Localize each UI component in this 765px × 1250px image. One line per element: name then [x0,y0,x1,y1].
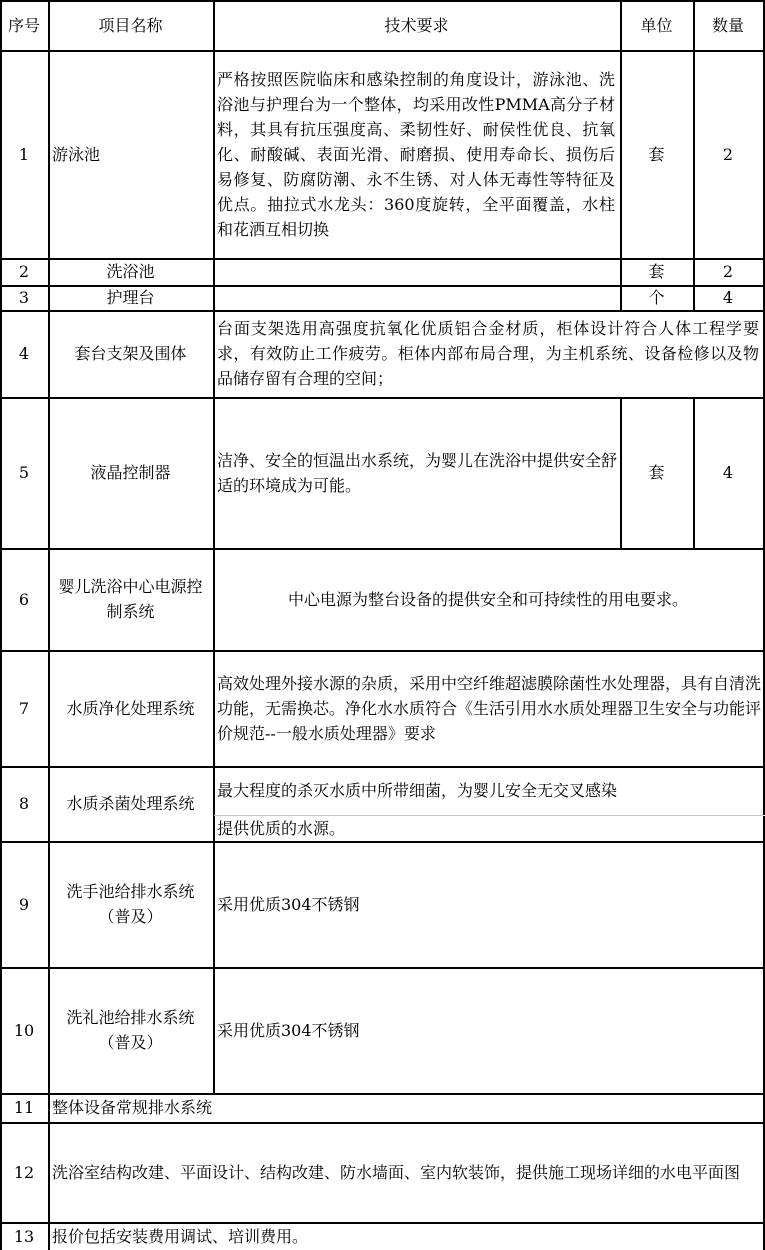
row-1-quantity: 2 [693,50,765,260]
row-2-requirement [213,258,622,287]
row-4-requirement: 台面支架选用高强度抗氧化优质铝合金材质，柜体设计符合人体工程学要求，有效防止工作… [213,310,765,399]
row-3-requirement [213,285,622,312]
row-5-requirement: 洁净、安全的恒温出水系统，为婴儿在洗浴中提供安全舒适的环境成为可能。 [213,397,622,550]
row-4-name: 套台支架及围体 [48,310,215,399]
row-5-quantity: 4 [693,397,765,550]
row-12-index: 12 [0,1122,50,1224]
row-4-requirement-text: 台面支架选用高强度抗氧化优质铝合金材质，柜体设计符合人体工程学要求，有效防止工作… [217,316,759,391]
row-1-requirement-text: 严格按照医院临床和感染控制的角度设计，游泳池、洗浴池与护理台为一个整体，均采用改… [217,67,615,242]
row-3-index: 3 [0,285,50,312]
row-6-index: 6 [0,548,50,652]
row-5-unit: 套 [620,397,695,550]
row-7-index: 7 [0,650,50,768]
row-1-requirement: 严格按照医院临床和感染控制的角度设计，游泳池、洗浴池与护理台为一个整体，均采用改… [213,50,622,260]
row-10-name-text: 洗礼池给排水系统（普及） [56,1005,206,1055]
row-5-requirement-text: 洁净、安全的恒温出水系统，为婴儿在洗浴中提供安全舒适的环境成为可能。 [217,448,617,498]
row-8-requirement-line2: 提供优质的水源。 [213,816,765,843]
row-10-requirement: 采用优质304不锈钢 [213,967,765,1095]
row-5-name: 液晶控制器 [48,397,215,550]
header-unit: 单位 [620,0,695,52]
row-4-index: 4 [0,310,50,399]
row-11-content: 整体设备常规排水系统 [48,1093,765,1124]
row-7-requirement: 高效处理外接水源的杂质，采用中空纤维超滤膜除菌性水处理器，具有自清洗功能，无需换… [213,650,765,768]
row-13-index: 13 [0,1222,50,1250]
row-2-name: 洗浴池 [48,258,215,287]
row-6-requirement: 中心电源为整台设备的提供安全和可持续性的用电要求。 [213,548,765,652]
row-8-name: 水质杀菌处理系统 [48,766,215,843]
header-quantity: 数量 [693,0,765,52]
row-7-requirement-text: 高效处理外接水源的杂质，采用中空纤维超滤膜除菌性水处理器，具有自清洗功能，无需换… [217,671,761,746]
row-3-quantity: 4 [693,285,765,312]
row-9-name-text: 洗手池给排水系统（普及） [56,879,206,929]
row-3-name: 护理台 [48,285,215,312]
row-13-content: 报价包括安装费用调试、培训费用。 [48,1222,765,1250]
row-1-index: 1 [0,50,50,260]
row-1-unit: 套 [620,50,695,260]
row-2-index: 2 [0,258,50,287]
row-2-unit: 套 [620,258,695,287]
row-8-requirement-line1: 最大程度的杀灭水质中所带细菌，为婴儿安全无交叉感染 [213,766,765,815]
row-6-name-text: 婴儿洗浴中心电源控制系统 [56,574,206,624]
row-10-name: 洗礼池给排水系统（普及） [48,967,215,1095]
row-8-index: 8 [0,766,50,843]
row-7-name: 水质净化处理系统 [48,650,215,768]
row-3-unit: 个 [620,285,695,312]
row-2-quantity: 2 [693,258,765,287]
row-10-index: 10 [0,967,50,1095]
row-11-index: 11 [0,1093,50,1124]
header-requirement: 技术要求 [213,0,622,52]
row-1-name: 游泳池 [48,50,215,260]
row-5-index: 5 [0,397,50,550]
row-6-name: 婴儿洗浴中心电源控制系统 [48,548,215,652]
row-9-index: 9 [0,841,50,969]
header-index: 序号 [0,0,50,52]
row-9-name: 洗手池给排水系统（普及） [48,841,215,969]
row-12-content: 洗浴室结构改建、平面设计、结构改建、防水墙面、室内软装饰，提供施工现场详细的水电… [48,1122,765,1224]
header-name: 项目名称 [48,0,215,52]
row-9-requirement: 采用优质304不锈钢 [213,841,765,969]
row-12-content-text: 洗浴室结构改建、平面设计、结构改建、防水墙面、室内软装饰，提供施工现场详细的水电… [52,1160,760,1185]
